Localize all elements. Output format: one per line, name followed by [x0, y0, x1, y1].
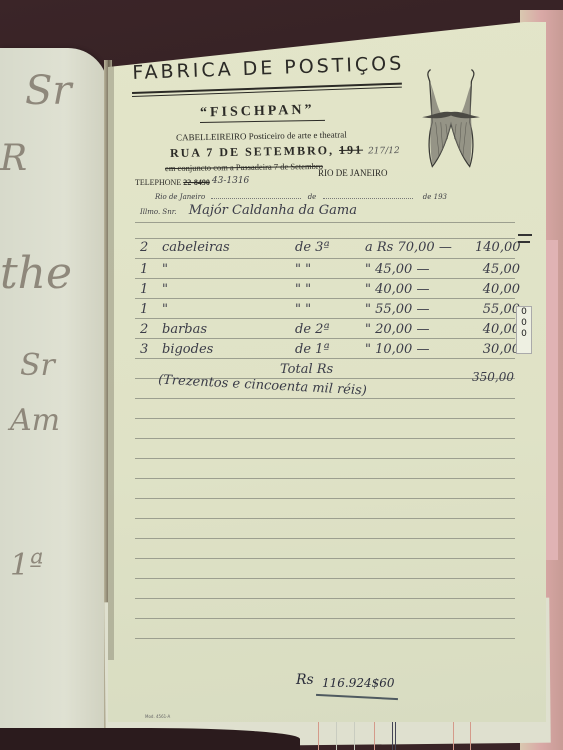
beard-mustache-icon: [417, 58, 485, 178]
item-qty: 2: [140, 240, 148, 255]
line-item: 1 " " " " 40,00 — 40,00: [140, 282, 520, 304]
item-qty: 1: [140, 262, 148, 277]
item-grade: de 2ª: [295, 322, 330, 337]
addressee: Illmo. Snr. Majór Caldanha da Gama: [140, 203, 520, 218]
form-code: Mod. 4561-A: [145, 714, 170, 719]
ruled-line: [135, 238, 515, 239]
item-grade: " ": [295, 282, 311, 297]
item-total: 140,00: [475, 240, 520, 255]
line-item: 2 barbas de 2ª " 20,00 — 40,00: [140, 322, 520, 344]
ruled-line: [135, 598, 515, 599]
dash-mark: [518, 234, 532, 236]
item-description: bigodes: [162, 342, 213, 357]
item-unit-price: " 10,00 —: [365, 342, 429, 357]
script-fragment: R: [0, 138, 27, 179]
ruled-line: [135, 578, 515, 579]
ruled-line: [135, 478, 515, 479]
ruled-line: [135, 558, 515, 559]
street-name: RUA 7 DE SETEMBRO,: [170, 143, 334, 160]
total-label: Total Rs: [280, 362, 333, 377]
item-description: barbas: [162, 322, 207, 337]
month-field: [323, 198, 413, 199]
desk-shadow: [0, 728, 300, 750]
item-grade: de 1ª: [295, 342, 330, 357]
item-qty: 2: [140, 322, 148, 337]
line-item: 3 bigodes de 1ª " 10,00 — 30,00: [140, 342, 520, 364]
item-qty: 1: [140, 282, 148, 297]
ruled-line: [135, 398, 515, 399]
item-total: 30,00: [475, 342, 520, 357]
item-total: 55,00: [475, 302, 520, 317]
brand-name: “FISCHPAN”: [200, 103, 315, 122]
line-item: 1 " " " " 55,00 — 55,00: [140, 302, 520, 324]
script-fragment: Sr: [20, 348, 55, 383]
item-description: ": [162, 302, 168, 317]
item-grade: de 3ª: [295, 240, 330, 255]
item-description: ": [162, 282, 168, 297]
telephone-handwritten: 43-1316: [212, 176, 249, 186]
ruled-line: [135, 458, 515, 459]
item-description: ": [162, 262, 168, 277]
line-item: 2 cabeleiras de 3ª a Rs 70,00 — 140,00: [140, 240, 520, 262]
de-label: de: [308, 193, 317, 201]
ledger-currency-symbol: Rs: [296, 672, 314, 688]
grand-total: 350,00: [472, 370, 514, 384]
facing-page: Sr R the Sr Am 1ª: [0, 48, 108, 750]
item-unit-price: " 45,00 —: [365, 262, 429, 277]
sheet-shadow: [108, 60, 114, 660]
dash-mark: [518, 241, 530, 243]
ruled-line: [135, 538, 515, 539]
ruled-line: [135, 222, 515, 223]
year-label: de 193: [423, 193, 447, 201]
street-number-handwritten: 217/12: [368, 146, 400, 157]
side-tab-char: 0: [517, 307, 531, 318]
ruled-line: [135, 498, 515, 499]
ruled-line: [135, 518, 515, 519]
ruled-line: [135, 418, 515, 419]
item-qty: 3: [140, 342, 148, 357]
item-grade: " ": [295, 262, 311, 277]
telephone-struck: 22-8490: [183, 178, 210, 187]
item-unit-price: a Rs 70,00 —: [365, 240, 452, 255]
ruled-line: [135, 638, 515, 639]
addressee-name: Majór Caldanha da Gama: [189, 203, 357, 218]
city: RIO DE JANEIRO: [318, 168, 388, 178]
dateline: Rio de Janeiro de de 193: [155, 193, 447, 201]
side-tab-char: 0: [517, 318, 531, 329]
street-number-struck: 191: [339, 143, 363, 157]
addressee-label: Illmo. Snr.: [140, 208, 177, 216]
item-description: cabeleiras: [162, 240, 230, 255]
item-total: 40,00: [475, 282, 520, 297]
ledger-number: 116.924$60: [322, 676, 395, 690]
script-fragment: 1ª: [10, 548, 43, 583]
line-item: 1 " " " " 45,00 — 45,00: [140, 262, 520, 284]
item-total: 40,00: [475, 322, 520, 337]
telephone: TELEPHONE 22-8490 43-1316: [135, 178, 249, 188]
script-fragment: Am: [10, 403, 60, 438]
ruled-line: [135, 618, 515, 619]
item-unit-price: " 20,00 —: [365, 322, 429, 337]
side-tab-char: 0: [517, 329, 531, 340]
item-total: 45,00: [475, 262, 520, 277]
telephone-label: TELEPHONE: [135, 178, 181, 187]
script-fragment: Sr: [25, 68, 72, 114]
item-qty: 1: [140, 302, 148, 317]
day-field: [211, 198, 301, 199]
side-tab: 0 0 0: [516, 306, 532, 354]
item-unit-price: " 55,00 —: [365, 302, 429, 317]
ruled-line: [135, 438, 515, 439]
item-grade: " ": [295, 302, 311, 317]
script-fragment: the: [0, 248, 72, 299]
item-unit-price: " 40,00 —: [365, 282, 429, 297]
place-label: Rio de Janeiro: [155, 193, 205, 201]
